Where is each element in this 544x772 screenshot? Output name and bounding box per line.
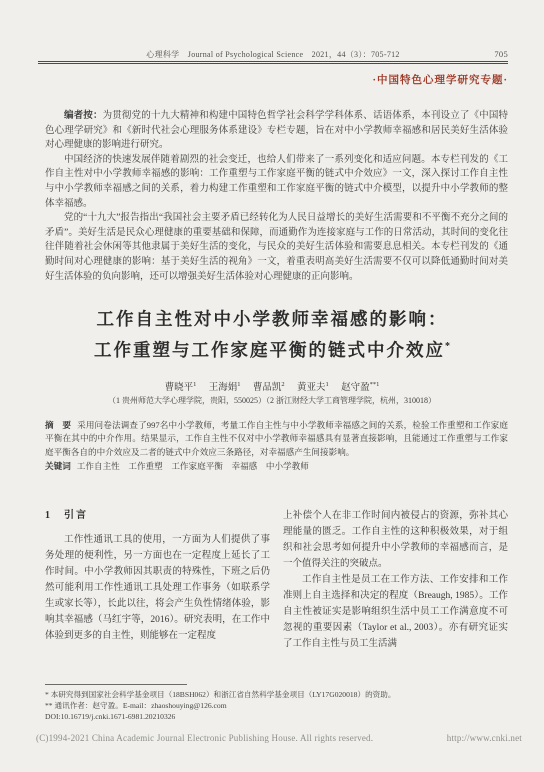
author-5-sup: **1 [370, 381, 380, 388]
keywords-line: 关键词工作自主性 工作重塑 工作家庭平衡 幸福感 中小学教师 [45, 460, 508, 473]
author-2-sup: 1 [237, 381, 240, 388]
intro-paragraph-left: 工作性通讯工具的使用，一方面为人们提供了事务处理的便利性，另一方面也在一定程度上… [45, 532, 270, 644]
footnote-doi: DOI:10.16719/j.cnki.1671-6981.20210326 [45, 711, 424, 722]
author-3-name: 曹品凯 [253, 383, 282, 393]
article-title-line1: 工作自主性对中小学教师幸福感的影响： [0, 306, 544, 333]
author-1-name: 曹晓平 [165, 383, 194, 393]
author-1-sup: 1 [193, 381, 196, 388]
footnote-rule [45, 684, 187, 685]
author-4-name: 黄亚夫 [297, 383, 326, 393]
editor-note: 编者按：为贯彻党的十九大精神和构建中国特色哲学社会科学学科体系、话语体系，本刊设… [45, 109, 508, 284]
article-title-line2: 工作重塑与工作家庭平衡的链式中介效应* [0, 333, 544, 364]
body-columns: 1 引言 工作性通讯工具的使用，一方面为人们提供了事务处理的便利性，另一方面也在… [45, 508, 508, 680]
copyright-bar: (C)1994-2021 China Academic Journal Elec… [36, 733, 522, 743]
editor-note-label: 编者按： [64, 111, 103, 121]
copyright-text: (C)1994-2021 China Academic Journal Elec… [36, 733, 373, 743]
special-topic-tag: ·中国特色心理学研究专题· [372, 72, 508, 87]
right-column: 上补偿个人在非工作时间内被侵占的资源，弥补其心理能量的匮乏。工作自主性的这种积极… [283, 508, 508, 680]
editor-note-para1: 编者按：为贯彻党的十九大精神和构建中国特色哲学社会科学学科体系、话语体系，本刊设… [45, 109, 508, 153]
footnote-corresponding-author: ** 通讯作者：赵守盈。E-mail：zhaoshouying@126.com [45, 700, 424, 711]
abstract-text: 采用问卷法调查了997名中小学教师，考量工作自主性与中小学教师幸福感之间的关系，… [45, 420, 508, 457]
author-4-sup: 1 [326, 381, 329, 388]
editor-note-para1-text: 为贯彻党的十九大精神和构建中国特色哲学社会科学学科体系、话语体系，本刊设立了《中… [45, 111, 508, 150]
abstract-label: 摘 要 [45, 420, 71, 430]
page-number: 705 [494, 49, 508, 59]
title-footnote-star: * [445, 341, 450, 352]
abstract-block: 摘 要采用问卷法调查了997名中小学教师，考量工作自主性与中小学教师幸福感之间的… [45, 419, 508, 474]
editor-note-para3: 党的“十九大”报告指出“我国社会主要矛盾已经转化为人民日益增长的美好生活需要和不… [45, 211, 508, 284]
section-1-heading: 1 引言 [45, 508, 270, 524]
author-5-corresponding: 赵守盈**1 [341, 383, 379, 393]
author-4: 黄亚夫1 [297, 383, 329, 393]
author-5-name: 赵守盈 [341, 383, 370, 393]
author-2-name: 王海娟 [209, 383, 238, 393]
keywords-label: 关键词 [45, 461, 71, 471]
author-list: 曹晓平1 王海娟1 曹品凯2 黄亚夫1 赵守盈**1 [0, 379, 544, 393]
article-title-line2-text: 工作重塑与工作家庭平衡的链式中介效应 [94, 340, 445, 360]
journal-header: 心理科学 Journal of Psychological Science 20… [38, 49, 508, 60]
author-2: 王海娟1 [209, 383, 241, 393]
cnki-url: http://www.cnki.net [447, 733, 522, 743]
editor-note-para2: 中国经济的快速发展伴随着剧烈的社会变迁，也给人们带来了一系列变化和适应问题。本专… [45, 153, 508, 211]
footnote-funding: * 本研究得到国家社会科学基金项目（18BSH062）和浙江省自然科学基金项目（… [45, 689, 424, 700]
journal-page: 心理科学 Journal of Psychological Science 20… [0, 0, 544, 772]
author-3: 曹品凯2 [253, 383, 285, 393]
abstract-paragraph: 摘 要采用问卷法调查了997名中小学教师，考量工作自主性与中小学教师幸福感之间的… [45, 419, 508, 459]
journal-citation: 心理科学 Journal of Psychological Science 20… [146, 50, 399, 59]
intro-paragraph-right-1: 上补偿个人在非工作时间内被侵占的资源，弥补其心理能量的匮乏。工作自主性的这种积极… [283, 508, 508, 572]
article-title: 工作自主性对中小学教师幸福感的影响： 工作重塑与工作家庭平衡的链式中介效应* [0, 306, 544, 364]
keywords-text: 工作自主性 工作重塑 工作家庭平衡 幸福感 中小学教师 [77, 461, 309, 471]
author-3-sup: 2 [281, 381, 284, 388]
footnotes: * 本研究得到国家社会科学基金项目（18BSH062）和浙江省自然科学基金项目（… [45, 684, 424, 722]
author-1: 曹晓平1 [165, 383, 197, 393]
left-column: 1 引言 工作性通讯工具的使用，一方面为人们提供了事务处理的便利性，另一方面也在… [45, 508, 270, 680]
intro-paragraph-right-2: 工作自主性是员工在工作方法、工作安排和工作准则上自主选择和决定的程度（Breau… [283, 572, 508, 652]
affiliations: （1 贵州师范大学心理学院，贵阳，550025）（2 浙江财经大学工商管理学院，… [0, 395, 544, 406]
header-double-rule [38, 61, 508, 64]
